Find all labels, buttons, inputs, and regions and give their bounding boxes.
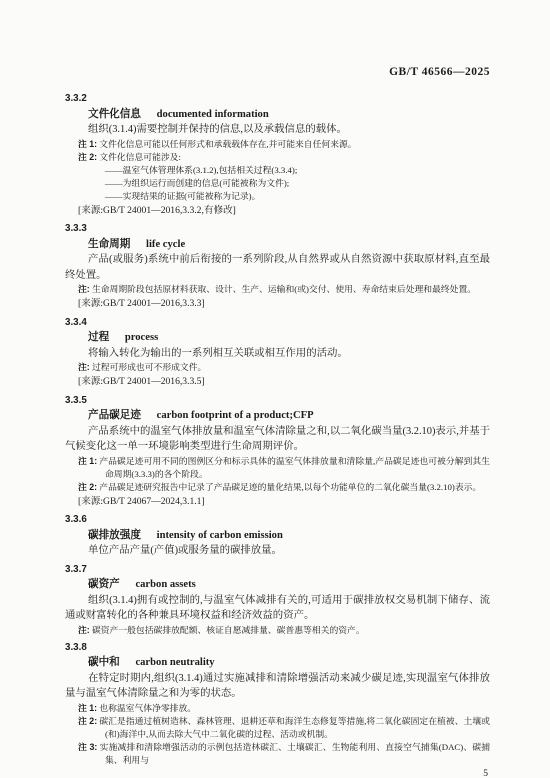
note-text: 文件化信息可能以任何形式和承载载体存在,并可能来自任何来源。 [99, 139, 356, 149]
note-label: 注 1: [78, 456, 97, 466]
note-label: 注 2: [78, 482, 97, 492]
note-text: 产品碳足迹可用不同的图例区分和标示具体的温室气体排放量和清除量,产品碳足迹也可被… [99, 456, 490, 479]
clause-3-3-8: 3.3.8 碳中和 carbon neutrality 在特定时期内,组织(3.… [65, 640, 490, 767]
dash-list-item: ——为组织运行而创建的信息(可能被称为文件); [105, 177, 490, 190]
note: 注 1: 产品碳足迹可用不同的图例区分和标示具体的温室气体排放量和清除量,产品碳… [78, 455, 490, 481]
term-heading: 碳排放强度 intensity of carbon emission [88, 528, 490, 544]
definition-text: 组织(3.1.4)需要控制并保持的信息,以及承载信息的载体。 [65, 122, 490, 138]
term-zh: 文件化信息 [88, 108, 141, 120]
term-zh: 生命周期 [88, 238, 130, 250]
note-text: 文件化信息可能涉及: [99, 152, 181, 162]
term-heading: 过程 process [88, 330, 490, 346]
note-label: 注 1: [78, 139, 97, 149]
clause-3-3-3: 3.3.3 生命周期 life cycle 产品(或服务)系统中前后衔接的一系列… [65, 221, 490, 312]
term-en: documented information [157, 109, 269, 120]
note-text: 也称温室气体净零排放。 [99, 703, 196, 713]
note: 注 2: 碳汇是指通过植树造林、森林管理、退耕还草和海洋生态修复等措施,将二氧化… [78, 715, 490, 741]
term-en: carbon assets [135, 579, 195, 590]
document-page: GB/T 46566—2025 3.3.2 文件化信息 documented i… [0, 0, 550, 778]
note: 注: 生命周期阶段包括原材料获取、设计、生产、运输和(或)交付、使用、寿命结束后… [78, 283, 490, 296]
term-en: life cycle [146, 239, 185, 250]
definition-text: 单位产品产量(产值)或服务量的碳排放量。 [65, 543, 490, 559]
note-label: 注 2: [78, 716, 97, 726]
note-text: 生命周期阶段包括原材料获取、设计、生产、运输和(或)交付、使用、寿命结束后处理和… [92, 284, 476, 294]
note-label: 注: [78, 362, 90, 372]
clause-3-3-4: 3.3.4 过程 process 将输入转化为输出的一系列相互关联或相互作用的活… [65, 315, 490, 390]
definition-text: 将输入转化为输出的一系列相互关联或相互作用的活动。 [65, 346, 490, 362]
note-text: 过程可形成也可不形成文件。 [92, 362, 206, 372]
dash-list-item: ——温室气体管理体系(3.1.2),包括相关过程(3.3.4); [105, 164, 490, 177]
clause-number: 3.3.8 [65, 640, 490, 656]
source-reference: [来源:GB/T 24067—2024,3.1.1] [78, 494, 490, 510]
clause-number: 3.3.4 [65, 315, 490, 331]
clause-3-3-5: 3.3.5 产品碳足迹 carbon footprint of a produc… [65, 393, 490, 510]
clause-number: 3.3.3 [65, 221, 490, 237]
note-text: 碳资产一般包括碳排放配额、核证自愿减排量、碳普惠等相关的资产。 [92, 625, 365, 635]
note-label: 注 2: [78, 152, 97, 162]
source-reference: [来源:GB/T 24001—2016,3.3.2,有修改] [78, 203, 490, 219]
term-en: process [125, 332, 158, 343]
source-reference: [来源:GB/T 24001—2016,3.3.3] [78, 296, 490, 312]
definition-text: 组织(3.1.4)拥有或控制的,与温室气体减排有关的,可适用于碳排放权交易机制下… [65, 593, 490, 624]
term-heading: 文件化信息 documented information [88, 107, 490, 123]
note-label: 注 1: [78, 703, 97, 713]
clause-3-3-6: 3.3.6 碳排放强度 intensity of carbon emission… [65, 512, 490, 559]
clause-number: 3.3.5 [65, 393, 490, 409]
note: 注 1: 也称温室气体净零排放。 [78, 702, 490, 715]
source-reference: [来源:GB/T 24001—2016,3.3.5] [78, 374, 490, 390]
note-text: 产品碳足迹研究报告中记录了产品碳足迹的量化结果,以每个功能单位的二氧化碳当量(3… [99, 482, 481, 492]
clause-3-3-2: 3.3.2 文件化信息 documented information 组织(3.… [65, 91, 490, 218]
note-label: 注: [78, 284, 90, 294]
term-heading: 产品碳足迹 carbon footprint of a product;CFP [88, 408, 490, 424]
term-heading: 生命周期 life cycle [88, 237, 490, 253]
term-heading: 碳资产 carbon assets [88, 577, 490, 593]
note-text: 碳汇是指通过植树造林、森林管理、退耕还草和海洋生态修复等措施,将二氧化碳固定在植… [99, 716, 490, 739]
term-zh: 碳中和 [88, 656, 120, 668]
note-label: 注: [78, 625, 90, 635]
standard-code-header: GB/T 46566—2025 [65, 66, 490, 78]
definition-text: 产品系统中的温室气体排放量和温室气体清除量之和,以二氧化碳当量(3.2.10)表… [65, 424, 490, 455]
term-zh: 碳资产 [88, 578, 120, 590]
clause-number: 3.3.7 [65, 562, 490, 578]
note: 注 2: 文件化信息可能涉及: [78, 151, 490, 164]
note: 注 1: 文件化信息可能以任何形式和承载载体存在,并可能来自任何来源。 [78, 138, 490, 151]
note-label: 注 3: [78, 742, 97, 752]
note: 注: 过程可形成也可不形成文件。 [78, 361, 490, 374]
term-zh: 碳排放强度 [88, 529, 141, 541]
clause-3-3-7: 3.3.7 碳资产 carbon assets 组织(3.1.4)拥有或控制的,… [65, 562, 490, 637]
term-zh: 产品碳足迹 [88, 409, 141, 421]
definition-text: 在特定时期内,组织(3.1.4)通过实施减排和清除增强活动来减少碳足迹,实现温室… [65, 671, 490, 702]
note: 注: 碳资产一般包括碳排放配额、核证自愿减排量、碳普惠等相关的资产。 [78, 624, 490, 637]
term-heading: 碳中和 carbon neutrality [88, 655, 490, 671]
dash-list-item: ——实现结果的证据(可能被称为记录)。 [105, 190, 490, 203]
note-text: 实施减排和清除增强活动的示例包括造林碳汇、土壤碳汇、生物能利用、直接空气捕集(D… [100, 742, 490, 765]
term-en: carbon footprint of a product;CFP [157, 410, 314, 421]
term-zh: 过程 [88, 331, 109, 343]
clause-number: 3.3.2 [65, 91, 490, 107]
page-number: 5 [65, 769, 490, 778]
note: 注 3: 实施减排和清除增强活动的示例包括造林碳汇、土壤碳汇、生物能利用、直接空… [78, 741, 490, 767]
note: 注 2: 产品碳足迹研究报告中记录了产品碳足迹的量化结果,以每个功能单位的二氧化… [78, 481, 490, 494]
term-en: intensity of carbon emission [157, 530, 283, 541]
term-en: carbon neutrality [135, 657, 214, 668]
definition-text: 产品(或服务)系统中前后衔接的一系列阶段,从自然界或从自然资源中获取原材料,直至… [65, 252, 490, 283]
clause-number: 3.3.6 [65, 512, 490, 528]
